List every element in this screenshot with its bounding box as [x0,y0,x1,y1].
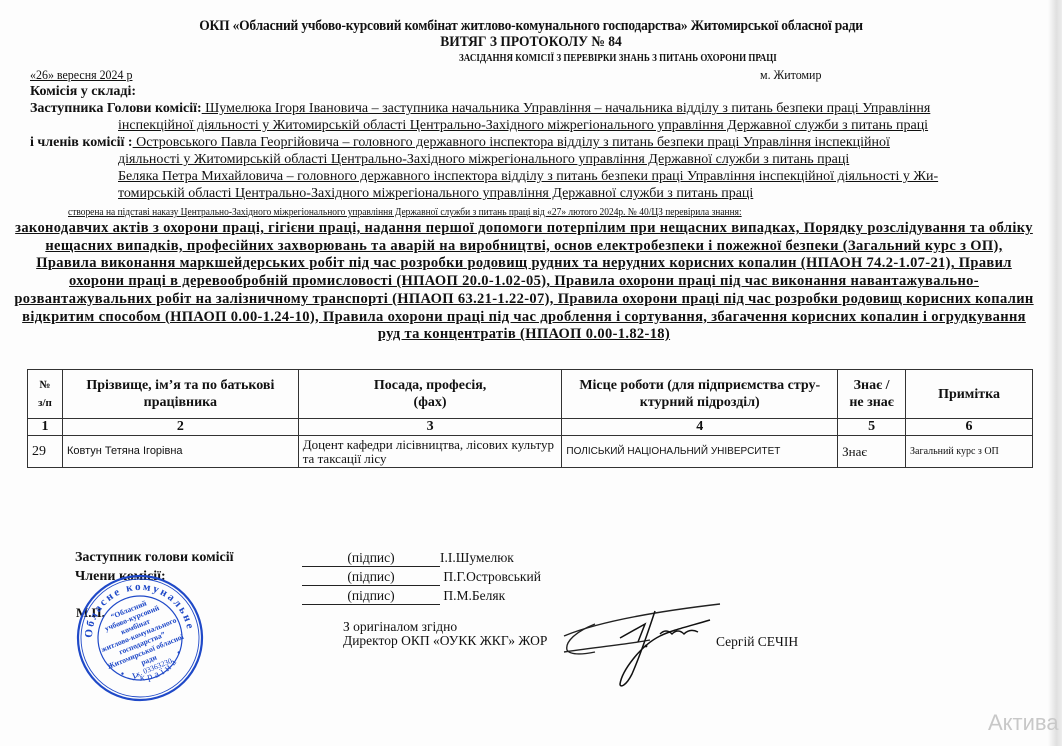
commission-created-note: створена на підставі наказу Центрально-З… [68,207,742,218]
column-number: 3 [298,419,562,436]
column-numbers-row: 1 2 3 4 5 6 [28,419,1033,436]
protocol-date: «26» вересня 2024 р [30,67,132,83]
exam-results-table: №з/п Прізвище, ім’я та по батьковіпраців… [27,369,1033,468]
table-row: 29 Ковтун Тетяна Ігорівна Доцент кафедри… [28,436,1033,468]
member-2-name: П.М.Беляк [443,588,505,603]
deputy-name: І.І.Шумелюк [440,550,514,565]
official-seal-icon: Обласне комунальне підприємство • Україн… [74,572,206,704]
protocol-city: м. Житомир [760,67,821,83]
member-2-text: Беляка Петра Михайловича – головного дер… [118,168,938,185]
document-subtitle: ЗАСІДАННЯ КОМІСІЇ З ПЕРЕВІРКИ ЗНАНЬ З ПИ… [140,53,1062,64]
row-result: Знає [838,436,906,468]
header-position: Посада, професія,(фах) [298,370,562,419]
column-number: 4 [562,419,838,436]
page-edge-shadow [1048,0,1062,746]
row-name: Ковтун Тетяна Ігорівна [62,436,298,468]
signature-placeholder: (підпис) [302,588,440,605]
certified-text: З оригіналом згідно [343,620,547,634]
organization-name: ОКП «Обласний учбово-курсовий комбінат ж… [37,18,1025,35]
members-line: і членів комісії : Островського Павла Ге… [30,134,890,151]
checked-acts-paragraph: законодавчих актів з охорони праці, гігі… [14,220,1034,344]
deputy-chair-line: Заступника Голови комісії: Шумелюка Ігор… [30,100,930,117]
deputy-chair-text: Шумелюка Ігоря Івановича – заступника на… [202,101,931,116]
deputy-signature-line: (підпис)І.І.Шумелюк [302,550,514,567]
member-1-name: П.Г.Островський [443,569,541,584]
row-note: Загальний курс з ОП [906,436,1033,468]
document-title: ВИТЯГ З ПРОТОКОЛУ № 84 [37,34,1025,51]
column-number: 6 [906,419,1033,436]
checked-acts-text: законодавчих актів з охорони праці, гігі… [14,220,1033,342]
certified-block: З оригіналом згідно Директор ОКП «ОУКК Ж… [343,620,547,648]
members-label: і членів комісії : [30,135,133,150]
column-number: 1 [28,419,63,436]
signature-placeholder: (підпис) [302,569,440,586]
row-position: Доцент кафедри лісівництва, лісових куль… [298,436,562,468]
deputy-chair-label: Заступника Голови комісії: [30,101,202,116]
member-1-text: Островського Павла Георгійовича – головн… [133,135,890,150]
member-1-text-cont: діяльності у Житомирській області Центра… [118,151,988,168]
commission-label: Комісія у складі: [30,83,136,100]
row-number: 29 [28,436,63,468]
member-2-signature-line: (підпис) П.М.Беляк [302,588,505,605]
member-2-text-cont: томирській області Центрально-Західного … [118,185,988,202]
header-workplace: Місце роботи (для підприємства стру-ктур… [562,370,838,419]
deputy-chair-text-cont: інспекційної діяльності у Житомирській о… [118,117,928,134]
column-number: 5 [838,419,906,436]
member-1-signature-line: (підпис) П.Г.Островський [302,569,541,586]
header-full-name: Прізвище, ім’я та по батьковіпрацівника [62,370,298,419]
signature-loop-icon [557,598,597,658]
header-number: №з/п [28,370,63,419]
header-note: Примітка [906,370,1033,419]
table-header-row: №з/п Прізвище, ім’я та по батьковіпраців… [28,370,1033,419]
header-knows: Знає /не знає [838,370,906,419]
director-title: Директор ОКП «ОУКК ЖКГ» ЖОР [343,634,547,648]
row-workplace: ПОЛІСЬКИЙ НАЦІОНАЛЬНИЙ УНІВЕРСИТЕТ [562,436,838,468]
signature-placeholder: (підпис) [302,550,440,567]
column-number: 2 [62,419,298,436]
deputy-signature-label: Заступник голови комісії [75,550,234,566]
